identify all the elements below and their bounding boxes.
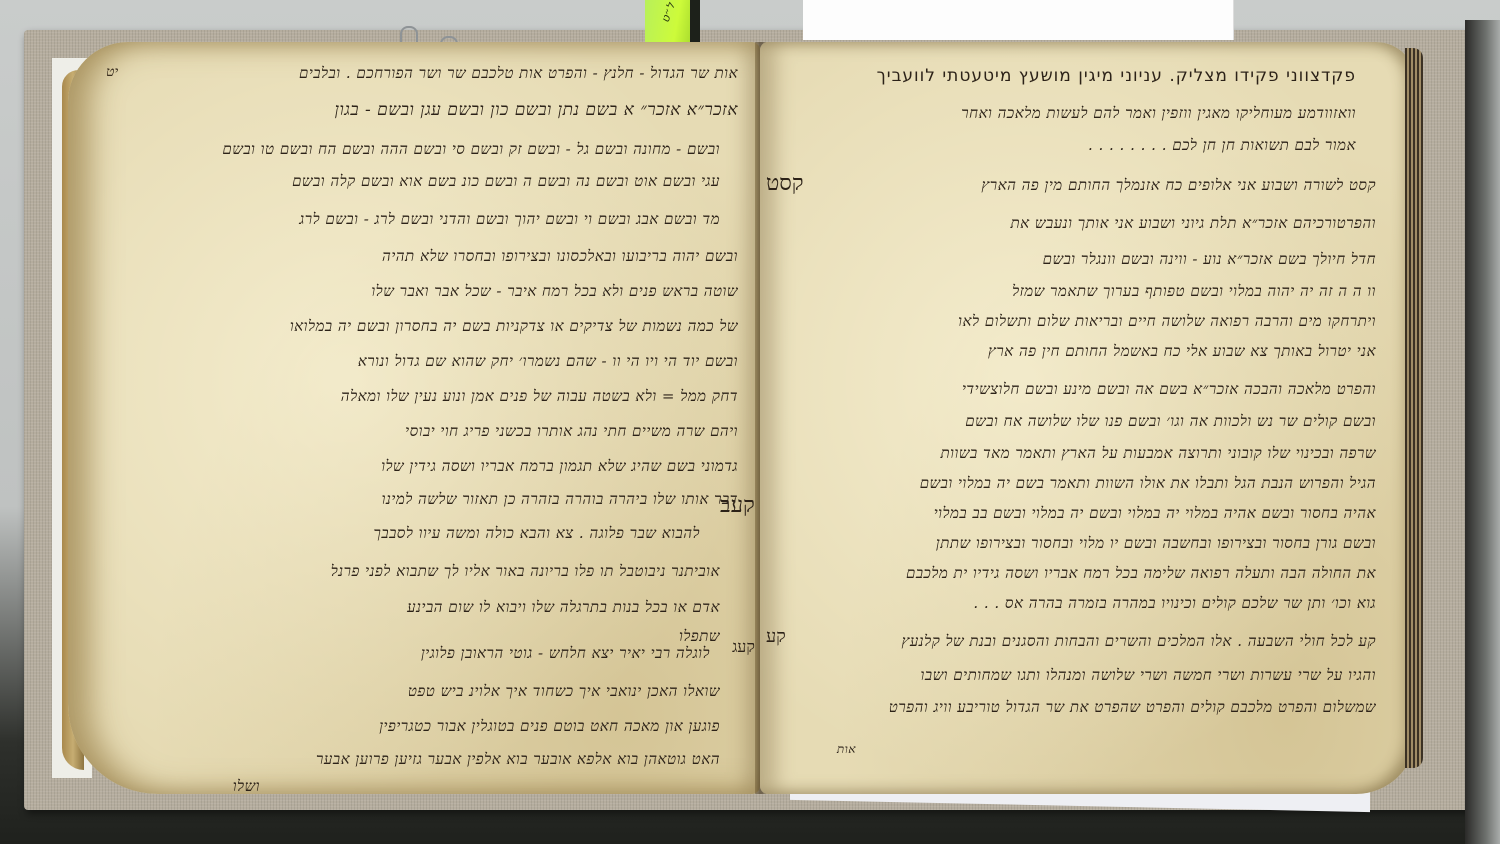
manuscript-line: ובשם קולים שר נש ולכוות אה וגו׳ ובשם פנו… <box>760 412 1376 431</box>
margin-section-mark: קעב <box>720 492 755 518</box>
manuscript-line: שמשלום והפרט מלכבם קולים והפרט שהפרט את … <box>760 698 1376 717</box>
manuscript-line: אות <box>806 742 856 757</box>
manuscript-line: הגיל והפרוש הנבת הגל ותבלו את אולו השוות… <box>760 474 1376 493</box>
manuscript-line: אהיה בחסור ובשם אהיה במלוי יה במלוי ובשם… <box>760 504 1376 523</box>
manuscript-line: ושלו <box>180 777 260 794</box>
right-manuscript-page: פקדצווני פקידו מצליק. עניוני מיגין מושעץ… <box>760 42 1416 794</box>
manuscript-line: ויהם שרה משיים חתי נהג אותרו בכשני פריג … <box>98 422 738 441</box>
manuscript-line: פקדצווני פקידו מצליק. עניוני מיגין מושעץ… <box>796 66 1356 86</box>
manuscript-line: וואזוודמע מעוחליקו מאגין ווזפין ואמר להם… <box>766 104 1356 123</box>
manuscript-line: פוגען און מאכה חאט בוטם פנים בטוגלין אבו… <box>110 717 720 736</box>
manuscript-line: שוטה בראש פנים ולא בכל רמח איבר - שכל אב… <box>98 282 738 301</box>
manuscript-line: לוגלה רבי יאיר יצא חלחש - גוטי הראובן פל… <box>110 644 710 663</box>
margin-section-mark: קע <box>766 626 786 647</box>
manuscript-line: ובשם יהוה בריבועו ובאלכסונו ובצירופו ובח… <box>108 247 738 266</box>
manuscript-line: אני יטרול באותך צא שבוע אלי כח באשמל החו… <box>760 342 1376 361</box>
manuscript-line: ובשם - מחונה ובשם גל - ובשם זק ובשם סי ו… <box>100 140 720 159</box>
manuscript-line: והפרט מלאכה והבכה אזכר״א בשם אה ובשם מינ… <box>760 380 1376 399</box>
manuscript-line: ובשם גורן בחסור ובצירופו ובחשבה ובשם יו … <box>760 534 1376 553</box>
left-manuscript-page: יט אות שר הגדול - חלנץ - והפרט אות טלכבם… <box>68 42 760 794</box>
manuscript-line: דחק ממל = ולא בשטה עבוה של פנים אמן ונוע… <box>98 387 738 406</box>
manuscript-line: ויתרחקו מים והרבה רפואה שלושה חיים ובריא… <box>760 312 1376 331</box>
manuscript-line: אדם או בכל בנות בתרגלה שלו ויבוא לו שום … <box>110 598 720 617</box>
manuscript-line: והפרטורכיהם אזכר״א תלת גיוני ושבוע אני א… <box>776 214 1376 233</box>
bookmark-shadow <box>690 0 700 44</box>
margin-section-mark: קעג <box>732 637 755 657</box>
manuscript-line: וו ה ה זה יה יהוה במלוי ובשם טפותף בערוך… <box>760 282 1376 301</box>
manuscript-line: להבוא שבר פלוגה . צא והבא כולה ומשה עיוו… <box>110 524 700 543</box>
manuscript-line: האט גוטאהן בוא אלפא אובער בוא אלפין אבער… <box>120 750 720 769</box>
manuscript-line: אזכר״א אזכר״ א בשם נתן ובשם כון ובשם עגן… <box>128 100 738 120</box>
manuscript-line: שרפה ובכינוי שלו קובוני ותרוצה אמבעות על… <box>760 444 1376 463</box>
margin-section-mark: קסט <box>766 170 804 196</box>
manuscript-line: את החולה הבה ותעלה רפואה שלימה בכל רמח א… <box>760 564 1376 583</box>
manuscript-line: קסט לשורה ושבוע אני אלופים כח אזנמלך החו… <box>776 176 1376 195</box>
manuscript-line: אות שר הגדול - חלנץ - והפרט אות טלכבם שר… <box>118 64 738 83</box>
manuscript-line: והגיו על שרי עשרות ושרי חמשה ושרי שלושה … <box>760 666 1376 685</box>
manuscript-line: שואלו האכן ינואבי איך כשחוד איך אלוינ בי… <box>120 682 720 701</box>
manuscript-line: גדמוני בשם שהיג שלא תגמון ברמח אבריו ושס… <box>98 457 738 476</box>
inserted-white-sheet-top <box>803 0 1234 40</box>
right-page-stack-edge <box>1405 48 1423 768</box>
manuscript-line: דבר אותו שלו ביהרה בוהרה בזהרה כן תאזור … <box>108 490 738 509</box>
manuscript-line: חדל חיולך בשם אזכר״א נוע - ווינה ובשם וו… <box>776 250 1376 269</box>
manuscript-line: קע לכל חולי השבעה . אלו המלכים והשרים וה… <box>776 632 1376 651</box>
cover-shadow-edge <box>1465 20 1500 844</box>
manuscript-line: מד ובשם אבג ובשם וי ובשם יהוך ובשם והדני… <box>160 210 720 229</box>
manuscript-line: עגי ובשם אוט ובשם נה ובשם ה ובשם כונ בשם… <box>100 172 720 191</box>
manuscript-line: ובשם יוד הי ויו הי וו - שהם נשמרו׳ יחק ש… <box>98 352 738 371</box>
manuscript-line: אמור לבם תשואות חן חן לכם . . . . . . . … <box>766 136 1356 155</box>
page-number: יט <box>106 64 118 81</box>
manuscript-line: גוא וכו׳ ותן שר שלכם קולים וכינויו במהרה… <box>760 594 1376 613</box>
manuscript-line: אוביתנר ניבוטבל תו פלו בריונה באור אליו … <box>110 562 720 581</box>
manuscript-line: של כמה נשמות של צדיקים או צדקניות בשם יה… <box>98 317 738 336</box>
